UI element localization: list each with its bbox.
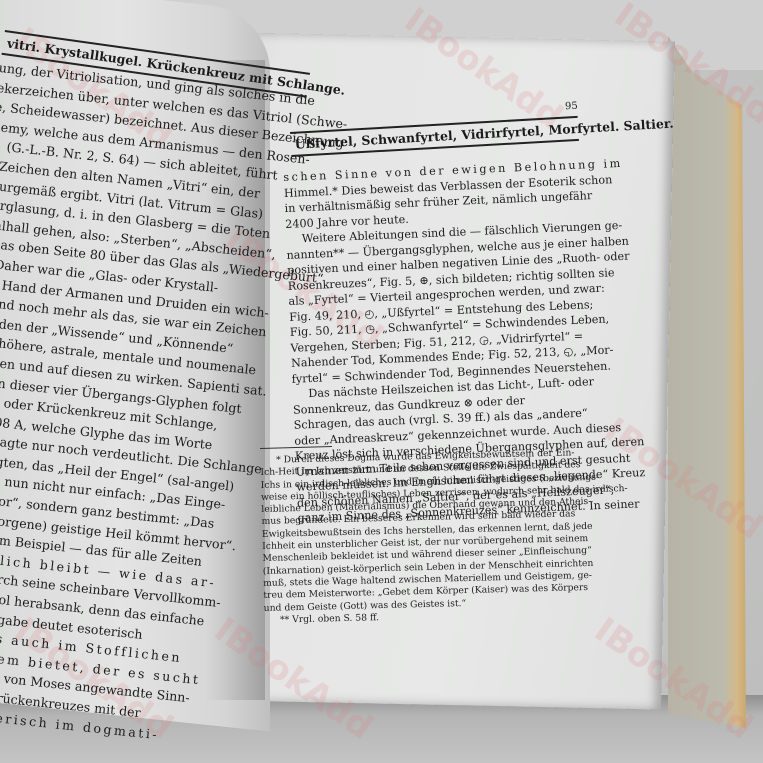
page-number: 95 (565, 101, 578, 112)
book-page-edges (668, 36, 746, 728)
footnotes: * Durch dieses Dogma wurde das Ewigkeits… (260, 446, 631, 627)
